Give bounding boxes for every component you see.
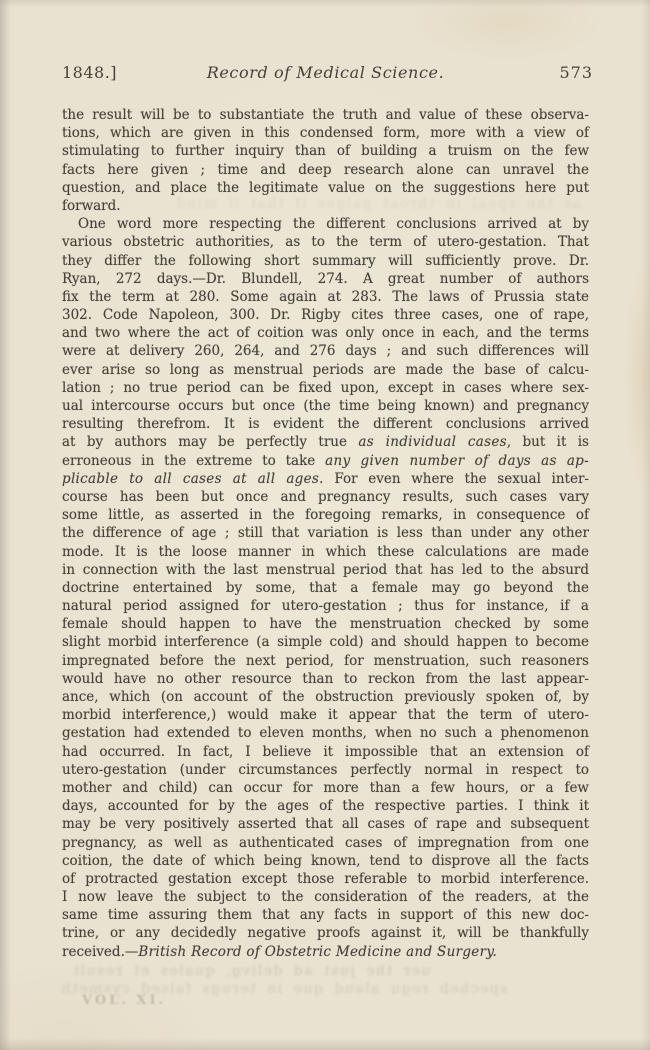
- text-line: ance, which (on account of the obstructi…: [62, 688, 589, 706]
- text-line: same time assuring them that any facts i…: [62, 906, 589, 924]
- text-line: trine, or any decidedly negative proofs …: [62, 924, 589, 942]
- text-line: question, and place the legitimate value…: [62, 179, 589, 197]
- text-line: One word more respecting the different c…: [62, 215, 589, 233]
- text-line: gestation had extended to eleven months,…: [62, 724, 589, 742]
- text-line: lation ; no true period can be fixed upo…: [62, 379, 589, 397]
- text-line: facts here given ; time and deep researc…: [62, 161, 589, 179]
- text-line: in connection with the last menstrual pe…: [62, 561, 589, 579]
- text-line: received.—British Record of Obstetric Me…: [62, 943, 589, 961]
- text-line: may be very positively asserted that all…: [62, 815, 589, 833]
- text-line: had occurred. In fact, I believe it impo…: [62, 743, 589, 761]
- running-header: 1848.] Record of Medical Science. 573: [62, 63, 589, 85]
- show-through-ghost-text: uer the just ad delivg, quales et result: [72, 963, 431, 979]
- text-line: morbid interference,) would make it appe…: [62, 706, 589, 724]
- page-text: the result will be to substantiate the t…: [62, 106, 589, 961]
- text-line: days, accounted for by the ages of the r…: [62, 797, 589, 815]
- text-line: tions, which are given in this condensed…: [62, 124, 589, 142]
- text-line: were at delivery 260, 264, and 276 days …: [62, 342, 589, 360]
- text-line: resulting therefrom. It is evident the d…: [62, 415, 589, 433]
- text-line: mode. It is the loose manner in which th…: [62, 543, 589, 561]
- text-line: some little, as asserted in the foregoin…: [62, 506, 589, 524]
- text-line: would have no other resource than to rec…: [62, 670, 589, 688]
- text-line: slight morbid interference (a simple col…: [62, 633, 589, 651]
- text-line: 302. Code Napoleon, 300. Dr. Rigby cites…: [62, 306, 589, 324]
- text-line: stimulating to further inquiry than of b…: [62, 142, 589, 160]
- text-line: the result will be to substantiate the t…: [62, 106, 589, 124]
- text-line: of protracted gestation except those ref…: [62, 870, 589, 888]
- text-line: female should happen to have the menstru…: [62, 615, 589, 633]
- header-year: 1848.]: [62, 63, 117, 82]
- text-line: fix the term at 280. Some again at 283. …: [62, 288, 589, 306]
- text-line: impregnated before the next period, for …: [62, 652, 589, 670]
- header-journal-title: Record of Medical Science.: [207, 63, 445, 82]
- text-line: I now leave the subject to the considera…: [62, 888, 589, 906]
- text-line: mother and child) can occur for more tha…: [62, 779, 589, 797]
- header-page-number: 573: [559, 63, 593, 82]
- text-line: plicable to all cases at all ages. For e…: [62, 470, 589, 488]
- show-through-ghost-text: as the speal in throat palges if that if…: [175, 196, 581, 212]
- text-line: pregnancy, as well as authenticated case…: [62, 834, 589, 852]
- text-line: doctrine entertained by some, that a fem…: [62, 579, 589, 597]
- text-line: course has been but once and pregnancy r…: [62, 488, 589, 506]
- volume-signature-mark: VOL. XI.: [82, 993, 166, 1008]
- text-line: coition, the date of which being known, …: [62, 852, 589, 870]
- scanned-book-page: 1848.] Record of Medical Science. 573 th…: [0, 0, 650, 1050]
- text-line: and two where the act of coition was onl…: [62, 324, 589, 342]
- text-line: ual intercourse occurs but once (the tim…: [62, 397, 589, 415]
- text-line: the difference of age ; still that varia…: [62, 524, 589, 542]
- text-line: erroneous in the extreme to take any giv…: [62, 452, 589, 470]
- text-line: they differ the following short summary …: [62, 252, 589, 270]
- text-line: utero-gestation (under circumstances per…: [62, 761, 589, 779]
- text-line: natural period assigned for utero-gestat…: [62, 597, 589, 615]
- text-line: Ryan, 272 days.—Dr. Blundell, 274. A gre…: [62, 270, 589, 288]
- text-line: at by authors may be perfectly true as i…: [62, 433, 589, 451]
- text-line: ever arise so long as menstrual periods …: [62, 361, 589, 379]
- text-line: various obstetric authorities, as to the…: [62, 233, 589, 251]
